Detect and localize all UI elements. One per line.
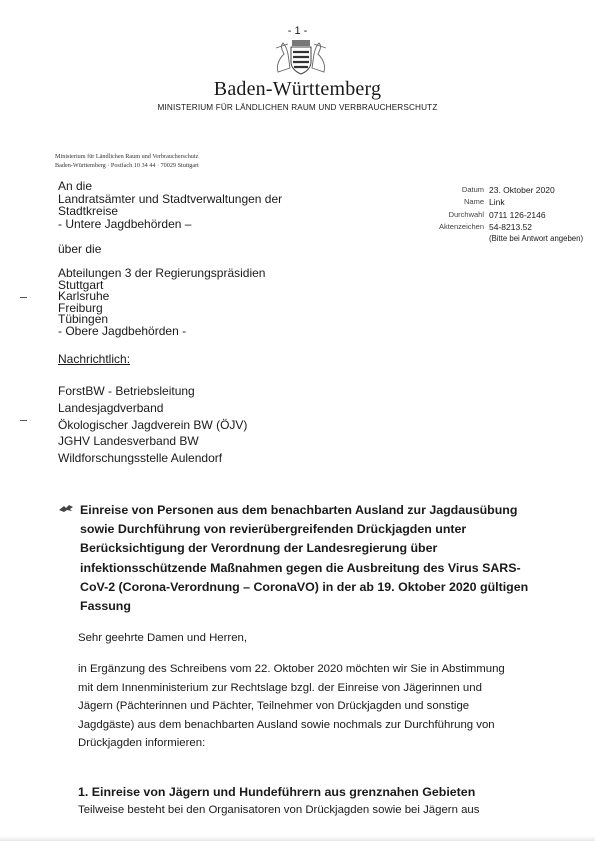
paragraph-line: Jagdgäste) aus dem benachbarten Ausland … (78, 716, 548, 735)
meta-label: Aktenzeichen (400, 221, 489, 233)
meta-label: Datum (400, 184, 489, 196)
ministry-name: MINISTERIUM FÜR LÄNDLICHEN RAUM UND VERB… (0, 103, 595, 112)
subject-line: Fassung (80, 597, 560, 616)
paragraph-line: Drückjagden informieren: (78, 734, 548, 753)
via-label: über die (58, 242, 101, 256)
recipient-line: - Untere Jagdbehörden – (58, 218, 282, 231)
punch-mark (20, 420, 27, 421)
subject-line: sowie Durchführung von revierübergreifen… (80, 520, 560, 539)
section-heading: 1. Einreise von Jägern und Hundeführern … (78, 785, 475, 799)
subject-line: Berücksichtigung der Verordnung der Land… (80, 539, 560, 558)
meta-row-phone: Durchwahl 0711 126-2146 (400, 209, 583, 221)
subject-arrow-icon (58, 503, 74, 513)
paragraph-line: Jägern (Pächterinnen und Pächter, Teilne… (78, 697, 548, 716)
meta-value: Link (489, 196, 505, 208)
via-block: Abteilungen 3 der Regierungspräsidien St… (58, 268, 265, 337)
recipient-line: Stadtkreise (58, 205, 282, 218)
recipient-line: An die (58, 180, 282, 193)
meta-row-name: Name Link (400, 196, 583, 208)
salutation: Sehr geehrte Damen und Herren, (78, 632, 247, 644)
paragraph-line: in Ergänzung des Schreibens vom 22. Okto… (78, 660, 548, 679)
meta-label: Name (400, 196, 489, 208)
meta-value: 23. Oktober 2020 (489, 184, 555, 196)
sender-line-2: Baden-Württemberg · Postfach 10 34 44 · … (55, 162, 199, 171)
subject-block: Einreise von Personen aus dem benachbart… (80, 501, 560, 616)
letter-meta: Datum 23. Oktober 2020 Name Link Durchwa… (400, 184, 583, 245)
cc-line: Wildforschungsstelle Aulendorf (58, 450, 247, 467)
meta-value: 0711 126-2146 (489, 209, 546, 221)
subject-line: Einreise von Personen aus dem benachbart… (80, 501, 560, 520)
cc-label: Nachrichtlich: (58, 352, 130, 366)
recipient-block: An die Landratsämter und Stadtverwaltung… (58, 180, 282, 230)
page-edge (0, 836, 595, 841)
subject-line: CoV-2 (Corona-Verordnung – CoronaVO) in … (80, 578, 560, 597)
intro-paragraph: in Ergänzung des Schreibens vom 22. Okto… (78, 660, 548, 753)
via-line: - Obere Jagdbehörden - (58, 326, 265, 338)
meta-value: 54-8213.52 (489, 221, 532, 233)
cc-block: ForstBW - Betriebsleitung Landesjagdverb… (58, 383, 247, 467)
meta-label: Durchwahl (400, 209, 489, 221)
cc-line: Ökologischer Jagdverein BW (ÖJV) (58, 417, 247, 434)
paragraph-line: mit dem Innenministerium zur Rechtslage … (78, 679, 548, 698)
state-name: Baden-Württemberg (0, 78, 595, 101)
sender-address: Ministerium für Ländlichen Raum und Verb… (55, 153, 199, 170)
cc-line: ForstBW - Betriebsleitung (58, 383, 247, 400)
page-number: - 1 - (0, 25, 595, 37)
meta-row-date: Datum 23. Oktober 2020 (400, 184, 583, 196)
coat-of-arms-icon (272, 38, 330, 76)
sender-line-1: Ministerium für Ländlichen Raum und Verb… (55, 153, 199, 162)
meta-note: (Bitte bei Antwort angeben) (489, 233, 583, 245)
section-text: Teilweise besteht bei den Organisatoren … (78, 804, 479, 816)
fold-mark (20, 297, 27, 298)
cc-line: JGHV Landesverband BW (58, 433, 247, 450)
cc-line: Landesjagdverband (58, 400, 247, 417)
subject-line: infektionsschützende Maßnahmen gegen die… (80, 559, 560, 578)
meta-row-reference: Aktenzeichen 54-8213.52 (400, 221, 583, 233)
